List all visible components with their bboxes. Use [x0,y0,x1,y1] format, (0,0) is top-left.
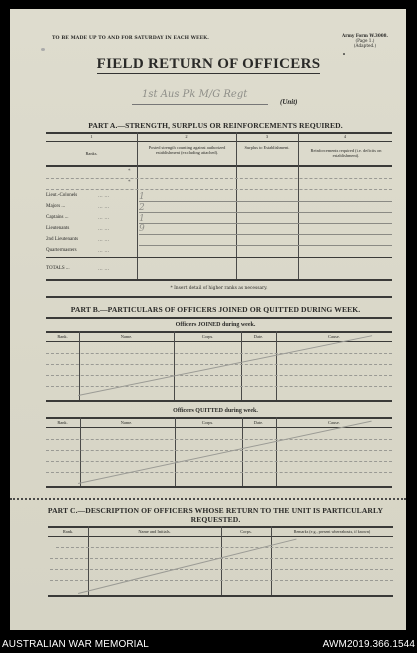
row-line [46,189,392,190]
col-head-reinforcements: Reinforcements required (i.e. deficits o… [302,148,390,158]
leader-dots: ... ... [98,193,109,199]
quitted-title: Officers QUITTED during week. [38,408,393,414]
joined-col-date: Date. [241,334,276,339]
column-divider [174,331,175,401]
divider [46,486,392,488]
quitted-col-name: Name. [79,420,174,425]
divider [46,141,392,142]
column-divider [175,417,176,487]
footer-accession-number: AWM2019.366.1544 [323,639,415,650]
partc-col-name: Name and Initials. [88,529,221,534]
column-divider [221,526,222,596]
rank-2nd-lieutenants: 2nd Lieutenants [46,237,78,242]
divider [46,331,392,333]
higher-rank-marker: * [128,179,131,185]
row-line [139,212,392,213]
part-c-title-line1: PART C.—DESCRIPTION OF OFFICERS WHOSE RE… [38,506,393,515]
unit-handwritten: 1st Aus Pk M/G Regt [142,89,247,100]
quitted-col-rank: Rank. [46,420,79,425]
form-id-adapted: (Adapted.) [330,43,400,48]
column-divider [276,417,277,487]
divider [48,595,393,597]
partc-col-remarks: Remarks (e.g., present whereabouts, if k… [271,529,393,534]
row-line [139,201,392,202]
col-head-posted: Posted strength counting against authori… [142,145,232,155]
quitted-col-corps: Corps. [174,420,241,425]
partc-col-rank: Rank. [48,529,88,534]
row-line [46,472,392,473]
joined-col-rank: Rank. [46,334,79,339]
row-line [139,223,392,224]
part-c-title-line2: REQUESTED. [38,515,393,524]
footer-institution: AUSTRALIAN WAR MEMORIAL [2,639,149,650]
row-line [139,234,392,235]
col-num-2: 2 [137,134,236,139]
rank-lieutenants: Lieutenants [46,226,69,231]
rank-captains: Captains ... [46,215,69,220]
leader-dots: ... ... [98,204,109,210]
unit-label: (Unit) [280,98,298,106]
joined-col-name: Name. [79,334,174,339]
footnote: * Insert detail of higher ranks as neces… [46,286,392,291]
joined-col-corps: Corps. [174,334,241,339]
row-line [46,375,392,376]
unit-field[interactable]: 1st Aus Pk M/G Regt [132,92,268,105]
row-line [139,245,392,246]
column-divider [88,526,89,596]
column-divider [80,417,81,487]
column-divider [271,526,272,596]
higher-rank-marker: * [128,168,131,174]
row-line [46,461,392,462]
quitted-col-cause: Cause. [276,420,392,425]
partc-col-corps: Corps. [221,529,271,534]
row-line [46,386,392,387]
part-a-title: PART A.—STRENGTH, SURPLUS OR REINFORCEME… [38,121,393,130]
leader-dots: ... ... [98,215,109,221]
divider [46,317,392,319]
row-line [46,450,392,451]
divider [46,165,392,167]
leader-dots: ... ... [98,248,109,254]
paper-mark [41,48,45,51]
joined-col-cause: Cause. [276,334,392,339]
col-num-4: 4 [298,134,392,139]
totals-label: TOTALS ... [46,266,70,271]
row-line [46,364,392,365]
part-b-title: PART B.—PARTICULARS OF OFFICERS JOINED O… [38,305,393,314]
column-divider [276,331,277,401]
paper-speck [343,53,345,55]
instruction-text: TO BE MADE UP TO AND FOR SATURDAY IN EAC… [52,36,209,41]
divider [46,417,392,419]
row-line [46,353,392,354]
col-num-3: 3 [236,134,298,139]
row-line [50,569,393,570]
divider [46,296,392,298]
posted-lieutenants[interactable]: 9 [139,225,145,234]
form-id: Army Form W.3008. (Page 1.) (Adapted.) [330,33,400,48]
perforation-line [10,498,406,500]
col-num-1: 1 [46,134,137,139]
column-divider [79,331,80,401]
row-line [56,547,393,548]
divider [46,400,392,402]
leader-dots: ... ... [98,226,109,232]
column-divider [241,331,242,401]
page-title: FIELD RETURN OF OFFICERS [0,56,417,73]
rank-quartermasters: Quartermasters [46,248,77,253]
leader-dots: ... ... [98,266,109,272]
row-line [46,178,392,179]
divider [46,279,392,281]
col-head-ranks: Ranks. [46,151,137,156]
row-line [50,580,393,581]
column-divider [242,417,243,487]
row-line [46,257,392,258]
quitted-col-date: Date. [241,420,276,425]
rank-majors: Majors ... [46,204,65,209]
col-head-surplus: Surplus to Establishment. [240,145,294,150]
leader-dots: ... ... [98,237,109,243]
joined-title: Officers JOINED during week. [38,322,393,328]
row-line [46,439,392,440]
rank-lieut-colonels: Lieut.-Colonels [46,193,77,198]
